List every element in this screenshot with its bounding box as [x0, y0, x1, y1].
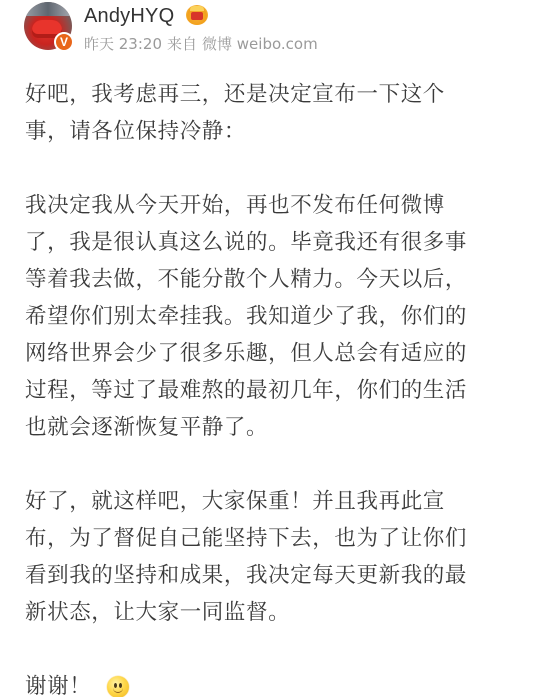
crown-top	[190, 6, 204, 11]
avatar-background	[24, 2, 72, 16]
paragraph-3: 好了，就这样吧，大家保重！并且我再此宣 布，为了督促自己能坚持下去，也为了让你们…	[25, 483, 520, 631]
post-body: 好吧，我考虑再三，还是决定宣布一下这个 事，请各位保持冷静： 我决定我从今天开始…	[25, 76, 520, 697]
text-line: 好了，就这样吧，大家保重！并且我再此宣	[25, 483, 520, 520]
text-line: 过程，等过了最难熬的最初几年，你们的生活	[25, 372, 520, 409]
closing-line: 谢谢！	[25, 668, 520, 697]
crown-icon[interactable]	[186, 5, 208, 25]
text-line: 等着我去做，不能分散个人精力。今天以后，	[25, 261, 520, 298]
post-time[interactable]: 昨天 23:20	[84, 35, 162, 53]
text-line: 了，我是很认真这么说的。毕竟我还有很多事	[25, 224, 520, 261]
paragraph-1: 好吧，我考虑再三，还是决定宣布一下这个 事，请各位保持冷静：	[25, 76, 520, 150]
text-line: 希望你们别太牵挂我。我知道少了我，你们的	[25, 298, 520, 335]
username-link[interactable]: AndyHYQ	[84, 4, 174, 28]
text-line: 也就会逐渐恢复平静了。	[25, 409, 520, 446]
text-line: 新状态，让大家一同监督。	[25, 594, 520, 631]
smile-icon	[107, 676, 129, 697]
text-line: 事，请各位保持冷静：	[25, 113, 520, 150]
text-line: 网络世界会少了很多乐趣，但人总会有适应的	[25, 335, 520, 372]
crown-jewel	[191, 12, 203, 20]
smile-mouth	[113, 687, 123, 693]
text-line: 我决定我从今天开始，再也不发布任何微博	[25, 187, 520, 224]
post-header: V AndyHYQ 昨天 23:20来自微博 weibo.com	[0, 0, 538, 62]
post-meta: 昨天 23:20来自微博 weibo.com	[84, 35, 323, 53]
text-line: 好吧，我考虑再三，还是决定宣布一下这个	[25, 76, 520, 113]
text-line: 看到我的坚持和成果，我决定每天更新我的最	[25, 557, 520, 594]
verified-badge-icon: V	[54, 32, 74, 52]
text-line: 布，为了督促自己能坚持下去，也为了让你们	[25, 520, 520, 557]
post-source-link[interactable]: 微博 weibo.com	[202, 35, 318, 53]
closing-text: 谢谢！	[25, 668, 91, 697]
paragraph-2: 我决定我从今天开始，再也不发布任何微博 了，我是很认真这么说的。毕竟我还有很多事…	[25, 187, 520, 446]
source-prefix: 来自	[167, 35, 197, 53]
